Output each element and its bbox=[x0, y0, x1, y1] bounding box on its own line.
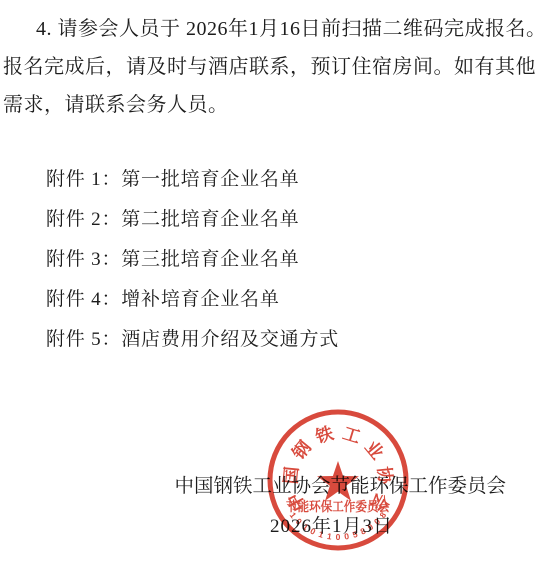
signature-organization: 中国钢铁工业协会节能环保工作委员会 bbox=[0, 470, 506, 498]
attachment-item-5: 附件 5：酒店费用介绍及交通方式 bbox=[46, 320, 339, 360]
notice-paragraph: 4. 请参会人员于 2026年1月16日前扫描二维码完成报名。 报名完成后，请及… bbox=[3, 10, 549, 124]
paragraph-line: 需求，请联系会务人员。 bbox=[3, 86, 549, 124]
paragraph-line: 4. 请参会人员于 2026年1月16日前扫描二维码完成报名。 bbox=[3, 10, 549, 48]
attachment-item-3: 附件 3：第三批培育企业名单 bbox=[46, 240, 339, 280]
signature-date: 2026年1月3日 bbox=[270, 511, 393, 538]
attachment-item-2: 附件 2：第二批培育企业名单 bbox=[46, 200, 339, 240]
svg-text:业: 业 bbox=[361, 437, 388, 464]
attachment-item-4: 附件 4：增补培育企业名单 bbox=[46, 280, 339, 320]
attachment-item-1: 附件 1：第一批培育企业名单 bbox=[46, 160, 339, 200]
attachment-list: 附件 1：第一批培育企业名单 附件 2：第二批培育企业名单 附件 3：第三批培育… bbox=[46, 160, 339, 360]
svg-text:铁: 铁 bbox=[312, 423, 336, 448]
document-page: 4. 请参会人员于 2026年1月16日前扫描二维码完成报名。 报名完成后，请及… bbox=[0, 0, 550, 581]
svg-text:工: 工 bbox=[340, 423, 363, 447]
svg-text:钢: 钢 bbox=[288, 437, 316, 464]
paragraph-line: 报名完成后，请及时与酒店联系，预订住宿房间。如有其他 bbox=[3, 48, 549, 86]
